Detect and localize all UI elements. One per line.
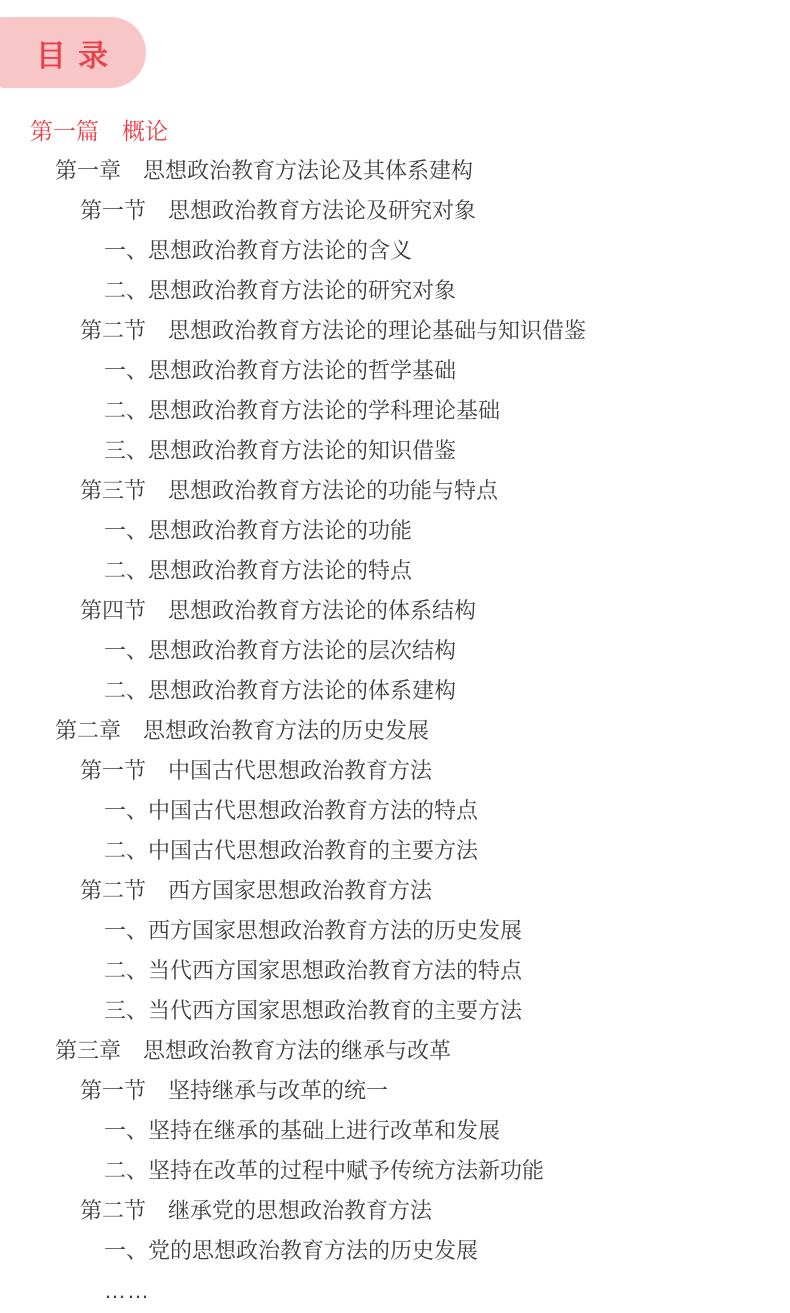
toc-entry-chapter[interactable]: 第二章 思想政治教育方法的历史发展 (55, 711, 790, 751)
toc-entry-item[interactable]: 三、思想政治教育方法论的知识借鉴 (104, 431, 790, 471)
toc-badge: 目 录 (0, 17, 146, 88)
toc-entry-item[interactable]: 一、思想政治教育方法论的层次结构 (104, 631, 790, 671)
toc-entry-section[interactable]: 第二节 西方国家思想政治教育方法 (80, 871, 790, 911)
toc-badge-label: 目 录 (36, 31, 110, 75)
toc-entry-item[interactable]: 二、思想政治教育方法论的学科理论基础 (104, 391, 790, 431)
toc-entry-item[interactable]: 一、党的思想政治教育方法的历史发展 (104, 1231, 790, 1271)
toc-entry-item[interactable]: 二、坚持在改革的过程中赋予传统方法新功能 (104, 1151, 790, 1191)
toc-ellipsis: …… (104, 1271, 790, 1311)
toc-body: 第一篇 概论 第一章 思想政治教育方法论及其体系建构第一节 思想政治教育方法论及… (0, 0, 790, 1311)
toc-entry-item[interactable]: 一、坚持在继承的基础上进行改革和发展 (104, 1111, 790, 1151)
toc-list: 第一章 思想政治教育方法论及其体系建构第一节 思想政治教育方法论及研究对象一、思… (0, 151, 790, 1311)
toc-entry-section[interactable]: 第四节 思想政治教育方法论的体系结构 (80, 591, 790, 631)
toc-entry-item[interactable]: 二、思想政治教育方法论的特点 (104, 551, 790, 591)
toc-entry-item[interactable]: 二、当代西方国家思想政治教育方法的特点 (104, 951, 790, 991)
toc-entry-section[interactable]: 第一节 思想政治教育方法论及研究对象 (80, 191, 790, 231)
toc-entry-section[interactable]: 第一节 中国古代思想政治教育方法 (80, 751, 790, 791)
toc-entry-section[interactable]: 第三节 思想政治教育方法论的功能与特点 (80, 471, 790, 511)
toc-entry-item[interactable]: 二、思想政治教育方法论的研究对象 (104, 271, 790, 311)
toc-entry-item[interactable]: 一、西方国家思想政治教育方法的历史发展 (104, 911, 790, 951)
toc-entry-chapter[interactable]: 第一章 思想政治教育方法论及其体系建构 (55, 151, 790, 191)
toc-entry-item[interactable]: 三、当代西方国家思想政治教育的主要方法 (104, 991, 790, 1031)
toc-entry-item[interactable]: 一、思想政治教育方法论的哲学基础 (104, 351, 790, 391)
toc-entry-item[interactable]: 一、中国古代思想政治教育方法的特点 (104, 791, 790, 831)
toc-entry-item[interactable]: 二、中国古代思想政治教育的主要方法 (104, 831, 790, 871)
toc-entry-section[interactable]: 第二节 继承党的思想政治教育方法 (80, 1191, 790, 1231)
toc-entry-section[interactable]: 第一节 坚持继承与改革的统一 (80, 1071, 790, 1111)
toc-entry-chapter[interactable]: 第三章 思想政治教育方法的继承与改革 (55, 1031, 790, 1071)
toc-entry-item[interactable]: 二、思想政治教育方法论的体系建构 (104, 671, 790, 711)
toc-entry-item[interactable]: 一、思想政治教育方法论的功能 (104, 511, 790, 551)
toc-entry-section[interactable]: 第二节 思想政治教育方法论的理论基础与知识借鉴 (80, 311, 790, 351)
toc-entry-item[interactable]: 一、思想政治教育方法论的含义 (104, 231, 790, 271)
toc-part-heading[interactable]: 第一篇 概论 (30, 111, 790, 151)
